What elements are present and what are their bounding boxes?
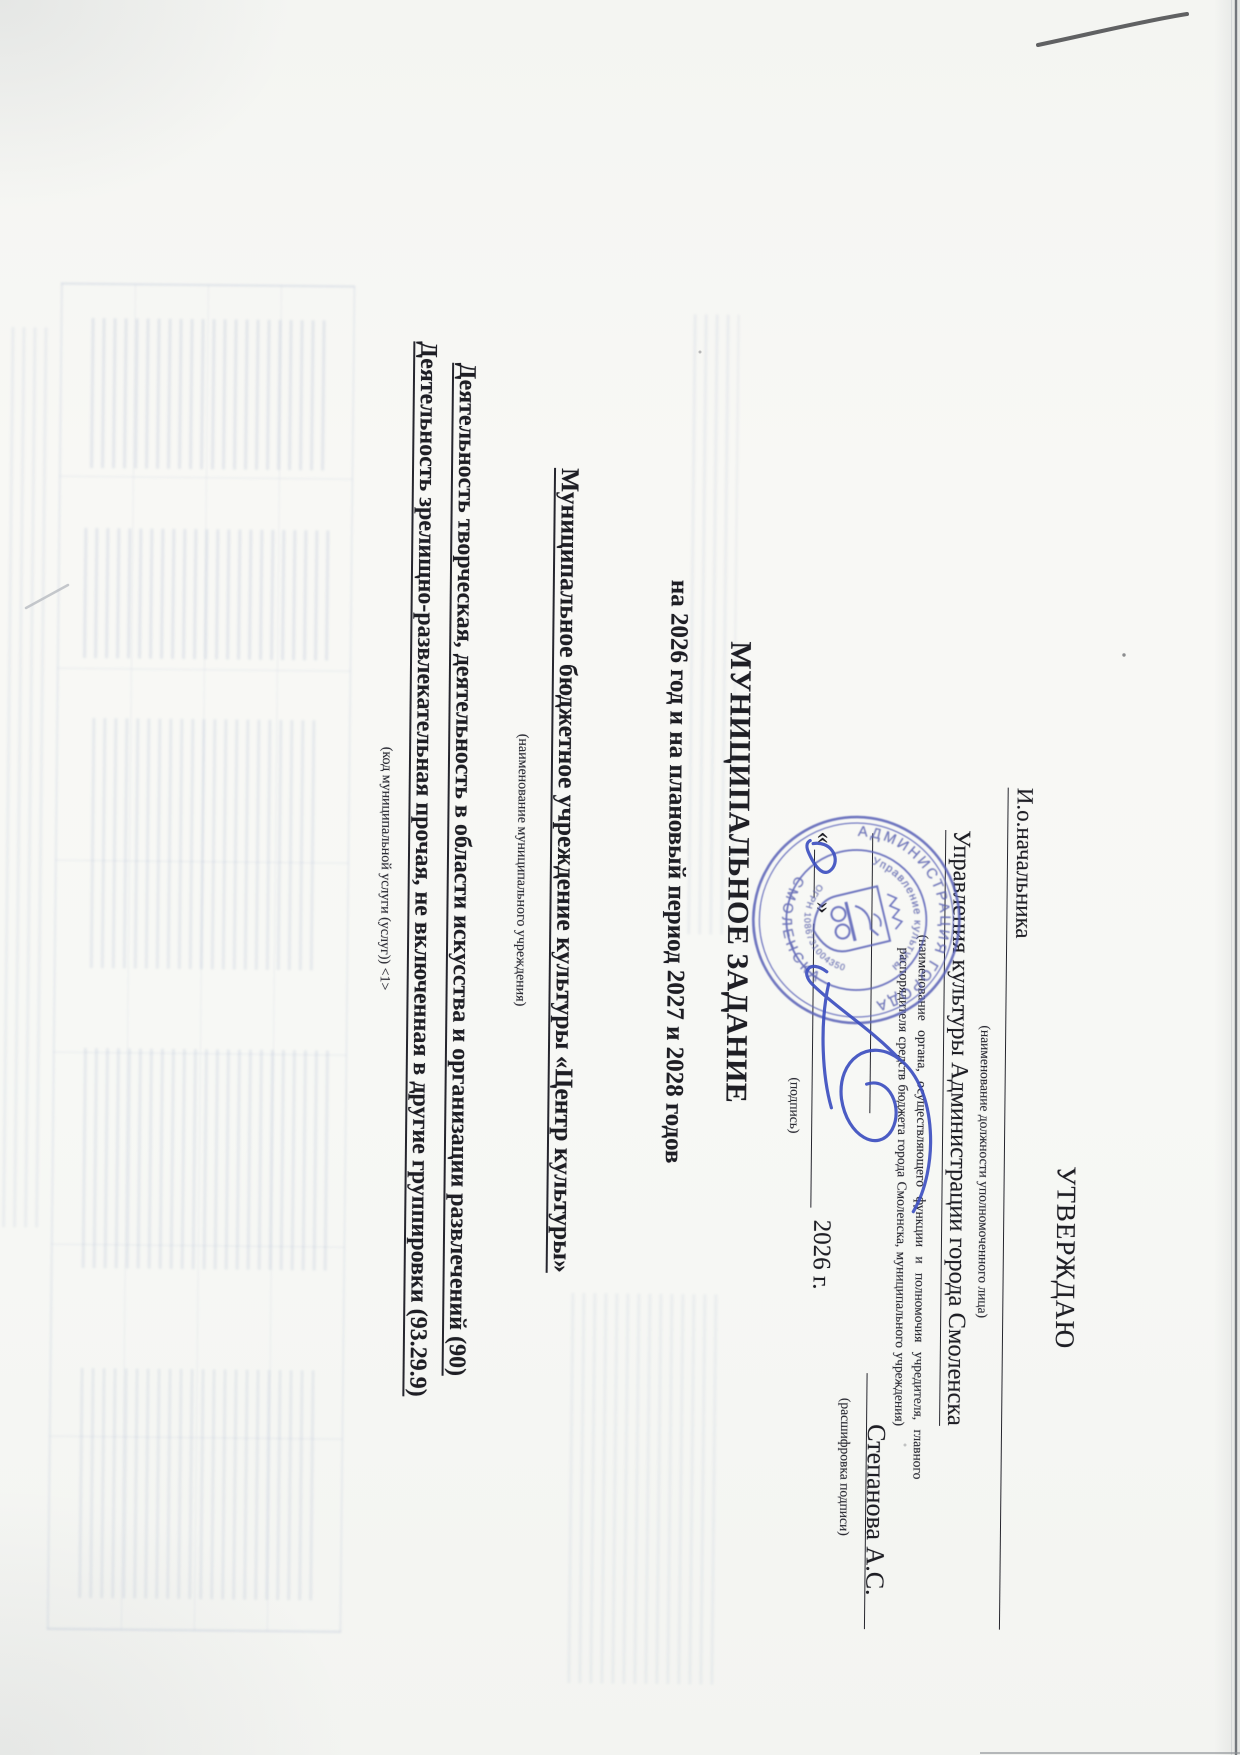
- bleed-through-text: [90, 318, 332, 471]
- bleed-through-text: [90, 718, 323, 970]
- document-landscape-content: УТВЕРЖДАЮ И.о.начальника (наименование д…: [0, 0, 1240, 1755]
- official-round-stamp: АДМИНИСТРАЦИЯ ГОРОДА СМОЛЕНСКА Управлени…: [749, 813, 963, 1027]
- scanned-page: УТВЕРЖДАЮ И.о.начальника (наименование д…: [0, 0, 1240, 1755]
- svg-text:АДМИНИСТРАЦИЯ ГОРОДА: АДМИНИСТРАЦИЯ ГОРОДА: [833, 807, 973, 1014]
- handwritten-ink: [0, 0, 1240, 1755]
- bleed-through-text: [82, 1048, 329, 1271]
- approved-label: УТВЕРЖДАЮ: [1049, 1166, 1082, 1349]
- bleed-through-text: [567, 1293, 721, 1685]
- stamp-outer-ring-top-text: АДМИНИСТРАЦИЯ ГОРОДА: [833, 807, 973, 1014]
- approver-position-line: И.о.начальника: [999, 788, 1038, 1630]
- date-year: 2026 г.: [806, 1220, 835, 1290]
- activity-row-1: Деятельность творческая, деятельность в …: [439, 0, 484, 1747]
- institution-name: Муниципальное бюджетное учреждение культ…: [546, 468, 585, 1273]
- bleed-through-text: [2, 327, 51, 1227]
- approver-position: И.о.начальника: [1011, 788, 1038, 939]
- signature-caption: (подпись): [786, 1077, 803, 1133]
- institution-row: Муниципальное бюджетное учреждение культ…: [542, 0, 590, 1748]
- document-period: на 2026 год и на плановый период 2027 и …: [653, 0, 699, 1749]
- activity-line-2: Деятельность зрелищно-развлекательная пр…: [402, 341, 441, 1397]
- stamp-coat-of-arms: [807, 883, 906, 958]
- signer-caption: (расшифровка подписи): [836, 1398, 853, 1536]
- activity-caption: (код муниципальной услуги (услуг)) <1>: [368, 0, 402, 1746]
- bleed-through-table: [47, 283, 355, 1633]
- bleed-through-text: [83, 528, 334, 661]
- position-caption: (наименование должности уполномоченного …: [974, 1025, 993, 1318]
- institution-caption: (наименование муниципального учреждения): [504, 0, 538, 1748]
- activity-row-2: Деятельность зрелищно-развлекательная пр…: [400, 0, 445, 1747]
- signer-name: Степанова А.С.: [859, 1424, 891, 1596]
- activity-line-1: Деятельность творческая, деятельность в …: [442, 363, 481, 1377]
- bleed-through-text: [78, 1368, 320, 1601]
